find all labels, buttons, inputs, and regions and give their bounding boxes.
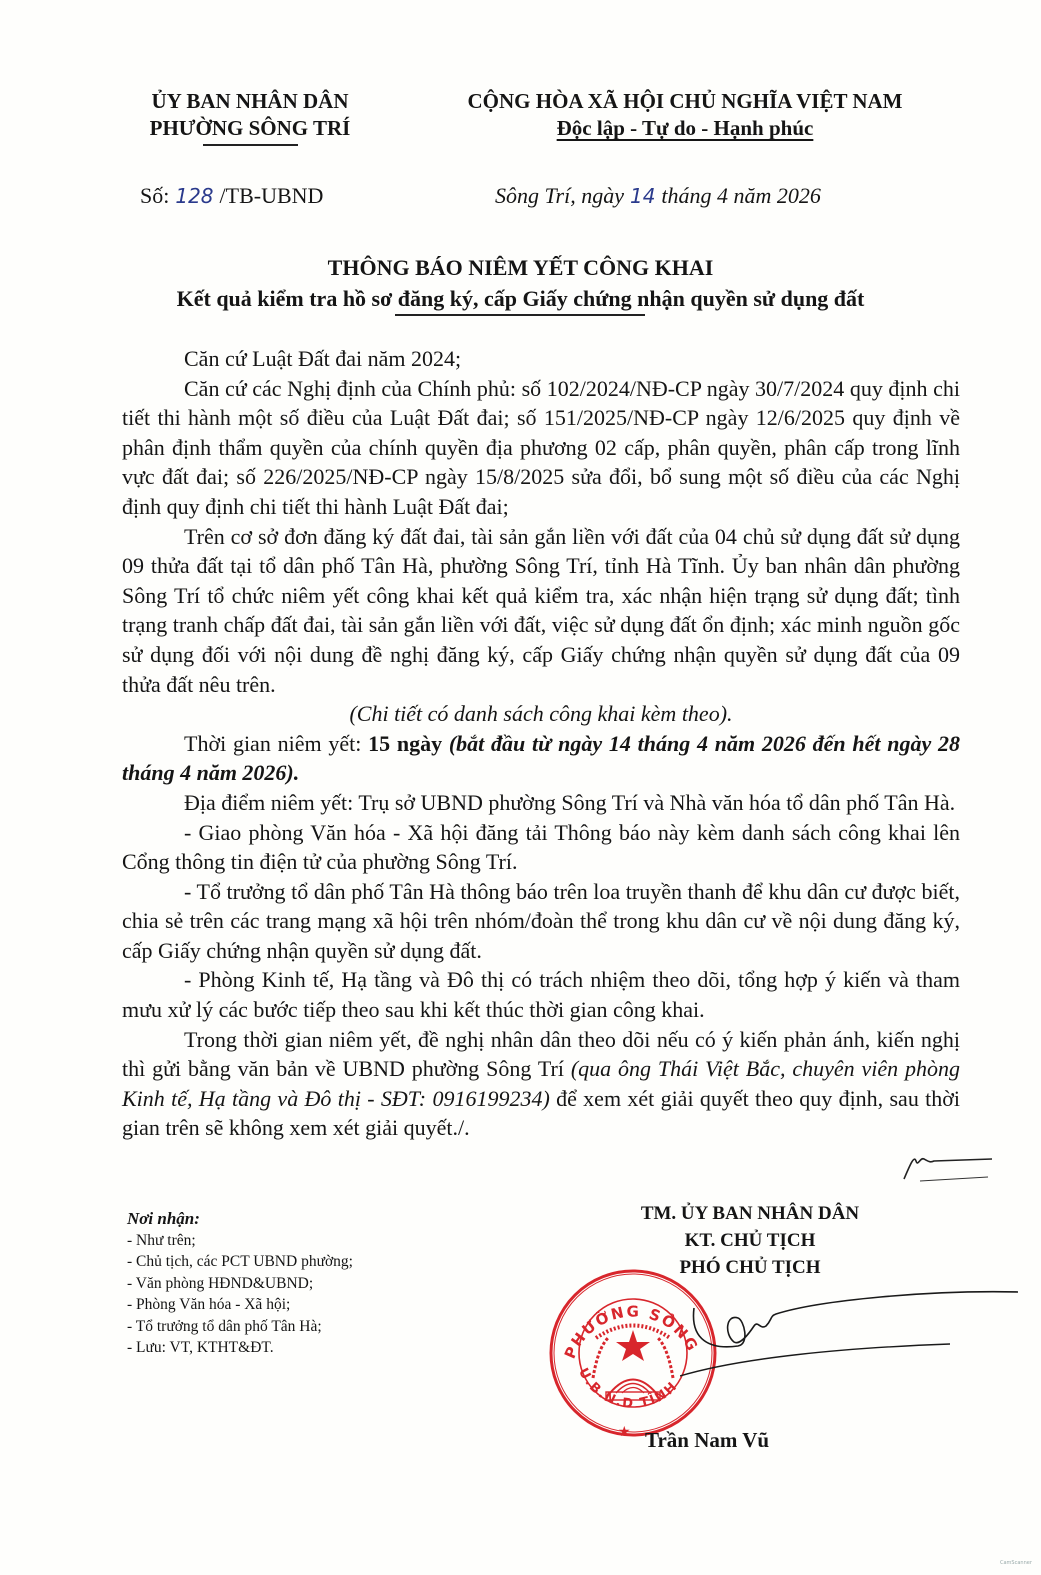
- recipient-item: - Lưu: VT, KTHT&ĐT.: [127, 1337, 353, 1359]
- paragraph-posting-time: Thời gian niêm yết: 15 ngày (bắt đầu từ …: [122, 729, 960, 788]
- recipient-item: - Như trên;: [127, 1230, 353, 1252]
- place-date: Sông Trí, ngày14tháng 4 năm 2026: [495, 183, 821, 209]
- initials-mark-icon: [900, 1145, 995, 1185]
- paragraph-task-1: - Giao phòng Văn hóa - Xã hội đăng tải T…: [122, 818, 960, 877]
- issuer-underline: [203, 144, 298, 146]
- recipient-item: - Chủ tịch, các PCT UBND phường;: [127, 1251, 353, 1273]
- svg-text:★: ★: [618, 1425, 631, 1438]
- issuer-line1: ỦY BAN NHÂN DÂN: [120, 88, 380, 115]
- handwritten-number: 128: [169, 184, 219, 208]
- paragraph-note: (Chi tiết có danh sách công khai kèm the…: [122, 699, 960, 729]
- handwritten-signature-icon: [680, 1270, 1020, 1380]
- nation-block: CỘNG HÒA XÃ HỘI CHỦ NGHĨA VIỆT NAM Độc l…: [405, 88, 965, 142]
- recipient-item: - Văn phòng HĐND&UBND;: [127, 1273, 353, 1295]
- scanner-watermark: CamScanner: [1000, 1560, 1032, 1566]
- document-title: THÔNG BÁO NIÊM YẾT CÔNG KHAI: [0, 255, 1041, 281]
- paragraph-legal-basis-1: Căn cứ Luật Đất đai năm 2024;: [122, 344, 960, 374]
- nation-line: CỘNG HÒA XÃ HỘI CHỦ NGHĨA VIỆT NAM: [405, 88, 965, 115]
- issuer-line2: PHƯỜNG SÔNG TRÍ: [120, 115, 380, 142]
- recipient-item: - Phòng Văn hóa - Xã hội;: [127, 1294, 353, 1316]
- paragraph-task-2: - Tổ trưởng tổ dân phố Tân Hà thông báo …: [122, 877, 960, 966]
- signer-name: Trần Nam Vũ: [645, 1428, 769, 1453]
- subtitle-underline: [395, 314, 645, 316]
- paragraph-feedback: Trong thời gian niêm yết, đề nghị nhân d…: [122, 1025, 960, 1143]
- document-subtitle: Kết quả kiểm tra hồ sơ đăng ký, cấp Giấy…: [0, 286, 1041, 312]
- issuer-block: ỦY BAN NHÂN DÂN PHƯỜNG SÔNG TRÍ: [120, 88, 380, 146]
- motto: Độc lập - Tự do - Hạnh phúc: [557, 116, 814, 140]
- recipient-item: - Tổ trưởng tổ dân phố Tân Hà;: [127, 1316, 353, 1338]
- document-number: Số:128/TB-UBND: [140, 183, 323, 209]
- paragraph-posting-place: Địa điểm niêm yết: Trụ sở UBND phường Sô…: [122, 788, 960, 818]
- paragraph-legal-basis-2: Căn cứ các Nghị định của Chính phủ: số 1…: [122, 374, 960, 522]
- recipients-heading: Nơi nhận:: [127, 1208, 353, 1230]
- recipients-block: Nơi nhận: - Như trên; - Chủ tịch, các PC…: [127, 1208, 353, 1359]
- handwritten-day: 14: [624, 184, 661, 208]
- paragraph-task-3: - Phòng Kinh tế, Hạ tầng và Đô thị có tr…: [122, 965, 960, 1024]
- paragraph-basis: Trên cơ sở đơn đăng ký đất đai, tài sản …: [122, 522, 960, 700]
- document-body: Căn cứ Luật Đất đai năm 2024; Căn cứ các…: [122, 344, 960, 1143]
